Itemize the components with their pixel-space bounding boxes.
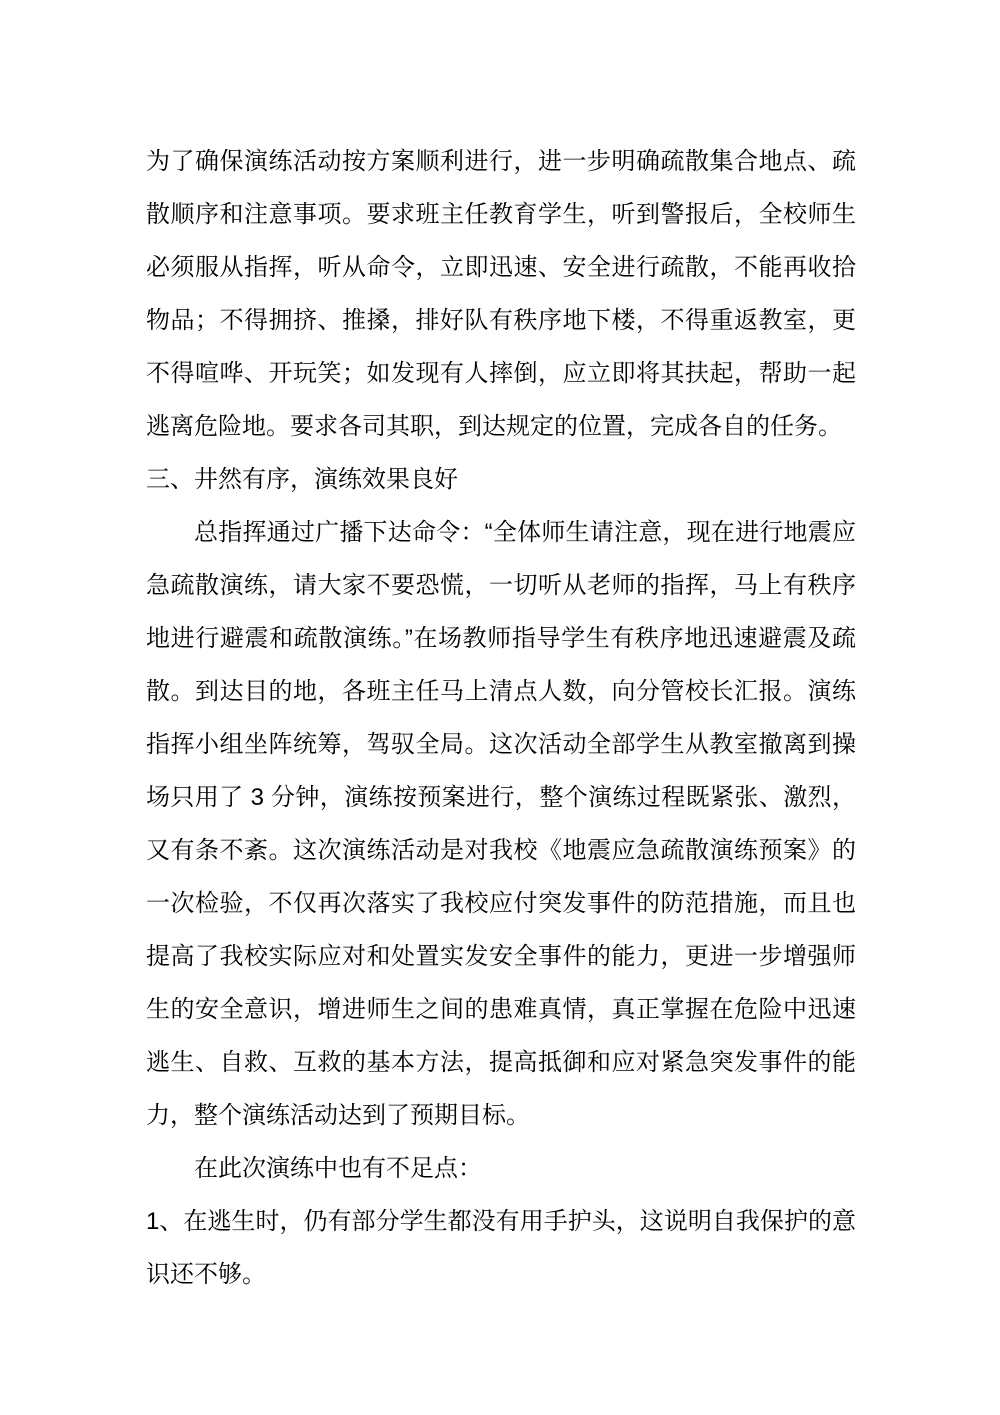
document-page: 为了确保演练活动按方案顺利进行，进一步明确疏散集合地点、疏散顺序和注意事项。要求… [0, 0, 1000, 1415]
list-item-shortcoming-1: 1、在逃生时，仍有部分学生都没有用手护头，这说明自我保护的意识还不够。 [146, 1195, 856, 1301]
paragraph-drill-process: 总指挥通过广播下达命令：“全体师生请注意，现在进行地震应急疏散演练，请大家不要恐… [146, 506, 856, 1142]
paragraph-shortcomings-lead-in: 在此次演练中也有不足点： [146, 1142, 856, 1195]
document-body: 为了确保演练活动按方案顺利进行，进一步明确疏散集合地点、疏散顺序和注意事项。要求… [146, 135, 856, 1301]
paragraph-drill-preparation: 为了确保演练活动按方案顺利进行，进一步明确疏散集合地点、疏散顺序和注意事项。要求… [146, 135, 856, 453]
section-heading-orderly-drill: 三、井然有序，演练效果良好 [146, 453, 856, 506]
